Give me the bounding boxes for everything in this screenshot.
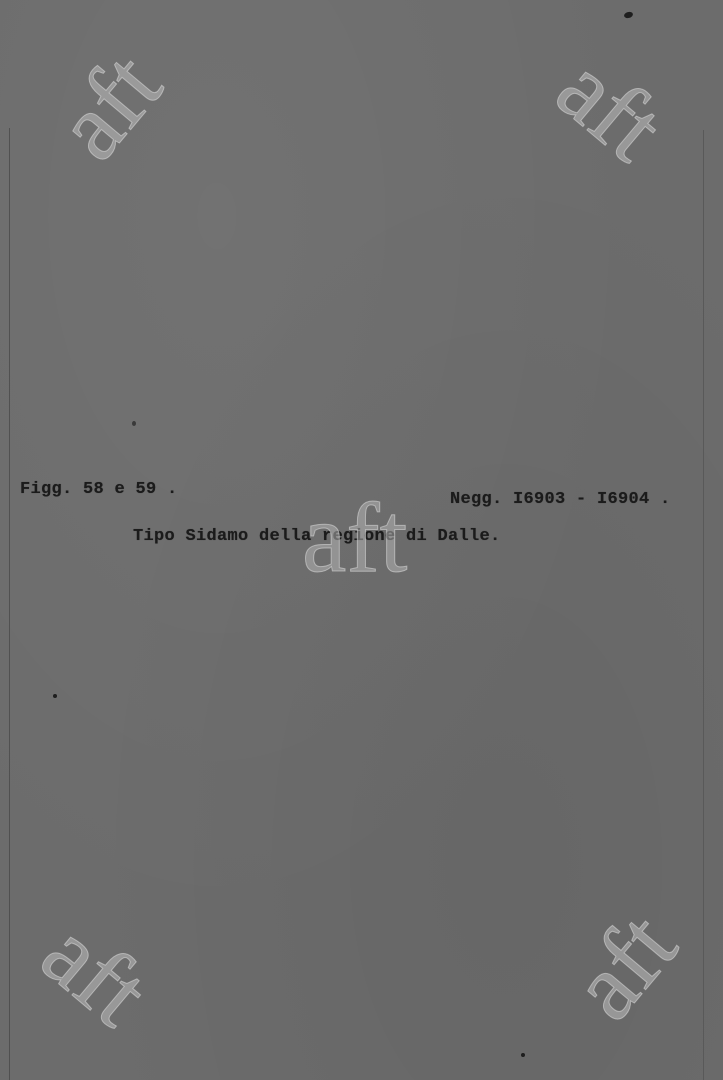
dust-speck: [521, 1053, 525, 1057]
figure-reference: Figg. 58 e 59 .: [20, 480, 178, 499]
card-right-edge: [703, 130, 704, 1080]
watermark-bottom-right: aft: [554, 896, 693, 1035]
dust-speck: [53, 694, 57, 698]
archival-card: Figg. 58 e 59 . Negg. I6903 - I6904 . Ti…: [0, 0, 723, 1080]
dust-speck: [623, 11, 633, 19]
dust-speck: [132, 421, 136, 426]
caption-text: Tipo Sidamo della regione di Dalle.: [133, 527, 501, 546]
card-left-edge: [9, 128, 10, 1080]
watermark-bottom-left: aft: [26, 904, 165, 1043]
negative-reference: Negg. I6903 - I6904 .: [450, 490, 671, 509]
watermark-top-right: aft: [541, 39, 680, 178]
watermark-top-left: aft: [39, 36, 178, 175]
